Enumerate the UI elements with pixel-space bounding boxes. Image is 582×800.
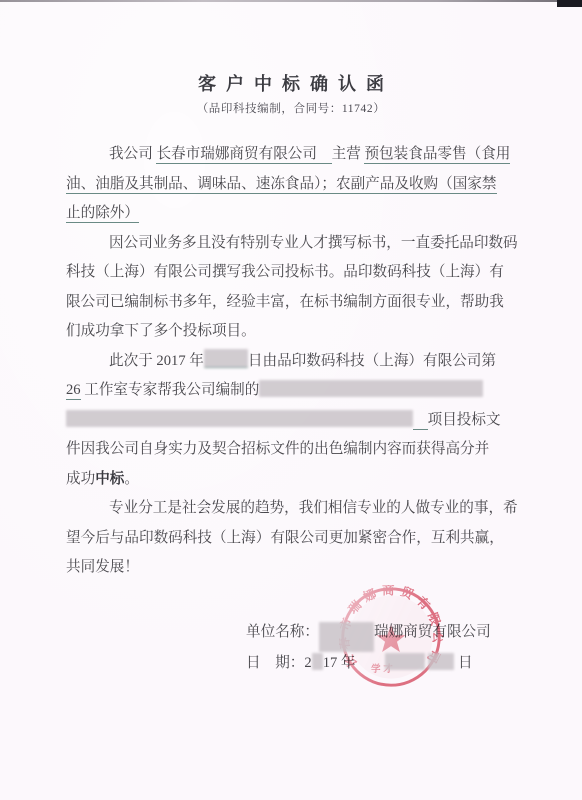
underlined-text: 长春市瑞娜商贸有限公司 <box>156 146 317 164</box>
paragraph: 我公司 长春市瑞娜商贸有限公司 主营 预包装食品零售（食用油、油脂及其制品、调味… <box>66 140 518 229</box>
text-segment: 因公司业务多且没有特别专业人才撰写标书，一直委托品印数码 <box>109 235 518 251</box>
text-segment: 共同发展！ <box>66 559 139 575</box>
text-segment: 望今后与品印数码科技（上海）有限公司更加紧密合作，互利共赢， <box>66 530 504 546</box>
text-segment: 们成功拿下了多个投标项目。 <box>66 323 256 339</box>
redaction-blur <box>428 653 454 670</box>
underlined-text: 26 <box>66 382 81 400</box>
text-segment: 。 <box>124 471 139 487</box>
paragraph: 专业分工是社会发展的趋势，我们相信专业的人做专业的事，希望今后与品印数码科技（上… <box>66 494 518 583</box>
text-line: 单位名称：瑞娜商贸有限公司 <box>246 617 491 648</box>
text-segment: 项目投标文 <box>428 412 501 428</box>
signature-block: 单位名称：瑞娜商贸有限公司日 期：217 年 日 <box>246 617 491 679</box>
redaction-blur <box>319 622 374 652</box>
scan-corner-notch <box>557 0 582 7</box>
paragraph: 因公司业务多且没有特别专业人才撰写标书，一直委托品印数码科技（上海）有限公司撰写… <box>66 229 518 347</box>
redaction-blur <box>385 653 425 670</box>
underlined-text: 止的除外） <box>66 205 139 223</box>
redaction-blur <box>204 349 248 368</box>
text-segment: 此次于 2017 年 <box>109 353 204 369</box>
text-segment: 日 <box>458 655 473 671</box>
text-segment: 单位名称： <box>246 624 319 640</box>
text-line: 项目投标文 <box>66 406 518 436</box>
text-line: 限公司已编制标书多年，经验丰富，在标书编制方面很专业，帮助我 <box>66 288 518 318</box>
text-line: 专业分工是社会发展的趋势，我们相信专业的人做专业的事，希 <box>66 494 518 524</box>
page-title: 客户中标确认函 <box>0 70 582 96</box>
text-segment: 日由品印数码科技（上海）有限公司第 <box>248 353 496 369</box>
text-segment: 件因我公司自身实力及契合招标文件的出色编制内容而获得高分并 <box>66 441 489 457</box>
text-line: 成功中标。 <box>66 465 518 495</box>
text-segment <box>356 655 385 671</box>
text-segment: 科技（上海）有限公司撰写我公司投标书。品印数码科技（上海）有 <box>66 264 504 280</box>
paragraph: 此次于 2017 年日由品印数码科技（上海）有限公司第26 工作室专家帮我公司编… <box>66 347 518 495</box>
page-subtitle: （品印科技编制，合同号：11742） <box>0 100 582 116</box>
redaction-blur <box>259 380 483 397</box>
text-line: 科技（上海）有限公司撰写我公司投标书。品印数码科技（上海）有 <box>66 258 518 288</box>
underlined-text <box>413 412 428 430</box>
text-segment: 主营 <box>332 146 365 162</box>
text-line: 油、油脂及其制品、调味品、速冻食品）；农副产品及收购（国家禁 <box>66 170 518 200</box>
redaction-blur <box>312 653 323 670</box>
document-page: 客户中标确认函 （品印科技编制，合同号：11742） 我公司 长春市瑞娜商贸有限… <box>0 0 582 800</box>
text-line: 们成功拿下了多个投标项目。 <box>66 317 518 347</box>
text-segment: 瑞娜商贸有限公司 <box>374 624 491 640</box>
text-segment: 中标 <box>95 471 124 487</box>
text-segment: 2 <box>304 655 311 671</box>
underlined-text: 预包装食品零售（食用 <box>364 146 510 164</box>
redaction-blur <box>66 410 413 427</box>
text-line: 件因我公司自身实力及契合招标文件的出色编制内容而获得高分并 <box>66 435 518 465</box>
text-segment: 限公司已编制标书多年，经验丰富，在标书编制方面很专业，帮助我 <box>66 294 504 310</box>
document-body: 我公司 长春市瑞娜商贸有限公司 主营 预包装食品零售（食用油、油脂及其制品、调味… <box>66 140 518 583</box>
text-line: 我公司 长春市瑞娜商贸有限公司 主营 预包装食品零售（食用 <box>66 140 518 170</box>
text-line: 望今后与品印数码科技（上海）有限公司更加紧密合作，互利共赢， <box>66 524 518 554</box>
text-line: 因公司业务多且没有特别专业人才撰写标书，一直委托品印数码 <box>66 229 518 259</box>
underlined-text <box>317 146 332 164</box>
text-segment: 17 年 <box>323 655 356 671</box>
text-segment: 工作室专家帮我公司编制的 <box>81 382 260 398</box>
text-line: 日 期：217 年 日 <box>246 648 491 679</box>
underlined-text: 油、油脂及其制品、调味品、速冻食品）；农副产品及收购（国家禁 <box>66 176 497 194</box>
text-line: 26 工作室专家帮我公司编制的 <box>66 376 518 406</box>
text-segment: 成功 <box>66 471 95 487</box>
text-segment: 我公司 <box>109 146 156 162</box>
text-segment: 日 期： <box>246 655 304 671</box>
text-line: 此次于 2017 年日由品印数码科技（上海）有限公司第 <box>66 347 518 377</box>
text-segment: 专业分工是社会发展的趋势，我们相信专业的人做专业的事，希 <box>109 500 518 516</box>
text-line: 共同发展！ <box>66 553 518 583</box>
scan-top-edge <box>0 0 582 2</box>
text-line: 止的除外） <box>66 199 518 229</box>
